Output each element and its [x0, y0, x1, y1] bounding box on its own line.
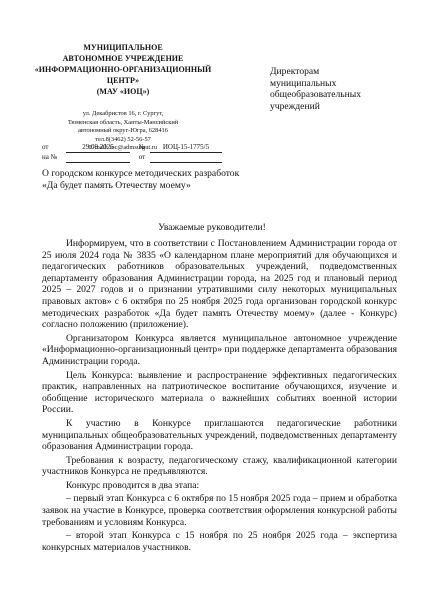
outgoing-number: ИОЦ-15-1775/5 [150, 143, 222, 153]
paragraph: Конкурс проводится в два этапа: [42, 480, 397, 492]
subject-line: О городском конкурсе методических разраб… [42, 168, 239, 180]
paragraph: Требования к возрасту, педагогическому с… [42, 455, 397, 478]
address-line: ул. Декабристов 16, г. Сургут, [28, 110, 218, 119]
greeting: Уважаемые руководители! [0, 222, 424, 233]
org-line: МУНИЦИПАЛЬНОЕ [28, 42, 218, 53]
org-line: «ИНФОРМАЦИОННО-ОРГАНИЗАЦИОННЫЙ [28, 64, 218, 75]
paragraph: Организатором Конкурса является муниципа… [42, 333, 397, 368]
letter-body: Информируем, что в соответствии с Постан… [42, 238, 397, 553]
paragraph: – второй этап Конкурса с 15 ноября по 25… [42, 530, 397, 553]
recipient-block: Директорам муниципальных общеобразовател… [270, 66, 361, 112]
recipient-line: учреждений [270, 101, 361, 113]
subject-line: «Да будет память Отечеству моему» [42, 180, 239, 192]
org-line: АВТОНОМНОЕ УЧРЕЖДЕНИЕ [28, 53, 218, 64]
recipient-line: Директорам [270, 66, 361, 78]
label-from: от [134, 153, 150, 162]
registration-row-reference: на № от [42, 153, 222, 163]
paragraph: К участию в Конкурсе приглашаются педаго… [42, 418, 397, 453]
outgoing-date: 29.09.2025 [66, 143, 130, 153]
recipient-line: общеобразовательных [270, 89, 361, 101]
reference-date [150, 153, 222, 163]
org-line: (МАУ «ИОЦ») [28, 86, 218, 97]
reference-number [66, 153, 130, 163]
registration-row-outgoing: от29.09.2025№ИОЦ-15-1775/5 [42, 143, 222, 153]
address-line: Тюменская область, Ханты-Мансийский [28, 119, 218, 128]
organization-name: МУНИЦИПАЛЬНОЕ АВТОНОМНОЕ УЧРЕЖДЕНИЕ «ИНФ… [28, 42, 218, 97]
paragraph: – первый этап Конкурса с 6 октября по 15… [42, 493, 397, 528]
label-number: № [134, 143, 150, 152]
label-reference-number: на № [42, 153, 66, 162]
org-line: ЦЕНТР» [28, 75, 218, 86]
label-from: от [42, 143, 66, 152]
paragraph: Информируем, что в соответствии с Постан… [42, 238, 397, 331]
recipient-line: муниципальных [270, 78, 361, 90]
paragraph: Цель Конкурса: выявление и распространен… [42, 370, 397, 416]
address-line: автономный округ-Югра, 628416 [28, 127, 218, 136]
letter-subject: О городском конкурсе методических разраб… [42, 168, 239, 192]
document-page: МУНИЦИПАЛЬНОЕ АВТОНОМНОЕ УЧРЕЖДЕНИЕ «ИНФ… [0, 0, 424, 600]
